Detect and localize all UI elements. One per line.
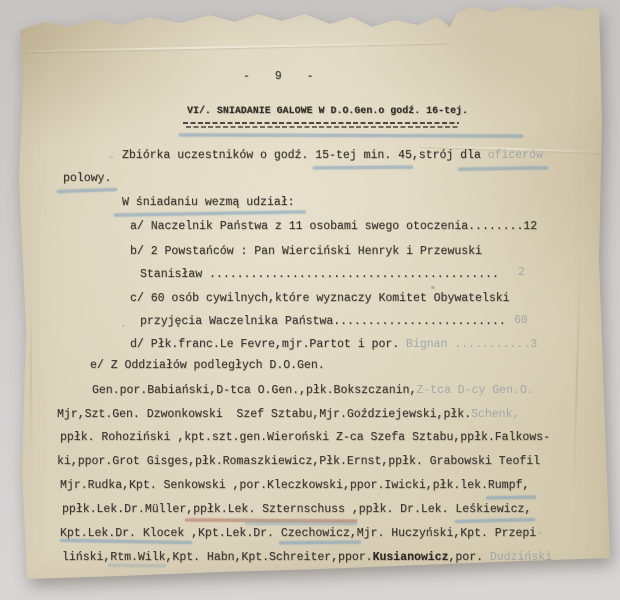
attendees-line-7: liński,Rtm.Wilk,Kpt. Habn,Kpt.Schreiter,… [62,551,552,565]
attendees-line-2: ppłk. Rohoziński ,kpt.szt.gen.Wieroński … [60,431,550,445]
attendees-line-7-bold: Kusianowicz [373,551,449,564]
pencil-underline-oficerow [458,166,548,171]
intro-line-1-faded: oficerów [488,149,543,162]
paper-sheet: - 9 - VI/. SNIADANIE GALOWE W D.O.Gen.o … [0,0,620,600]
attendees-line-0-faded: Z-tca D-cy Gen.O. [416,384,533,397]
list-item-b-line2: Stanisław ..............................… [140,268,499,282]
list-item-b-value: 2 [518,266,525,280]
paper: - 9 - VI/. SNIADANIE GALOWE W D.O.Gen.o … [0,0,620,600]
pencil-underline-polowy [57,188,117,193]
list-item-d: d/ Płk.franc.Le Fevre,mjr.Partot i por. … [130,338,537,352]
pencil-underline-wilk [108,564,166,568]
attendees-line-7-text2: ,por. [448,551,489,564]
list-item-c-line1: c/ 60 osób cywilnych,które wyznaczy Komi… [130,292,510,306]
list-item-e: e/ Z Oddziałów podległych D.O.Gen. [90,359,325,373]
stray-dash-mark: - [108,151,115,165]
list-item-a: a/ Naczelnik Państwa z 11 osobami swego … [130,220,537,234]
attendees-line-6-faded: - [536,527,543,540]
pencil-underline-rumpf [486,496,536,500]
stray-dot-mark: . [120,318,127,332]
title-underline-dashes [183,122,459,129]
attendees-line-7-text: liński,Rtm.Wilk,Kpt. Habn,Kpt.Schreiter,… [62,551,373,564]
paper-crease [20,41,450,52]
attendees-line-3: ki,ppor.Grot Gisges,płk.Romaszkiewicz,Pł… [57,455,540,469]
pencil-underline-leskiewicz [455,518,535,523]
list-item-c-value: 60 [514,314,528,328]
pencil-underline-title [179,133,523,137]
attendees-line-0: Gen.por.Babiański,D-tca O.Gen.,płk.Boksz… [92,384,534,398]
attendees-line-1-text: Mjr,Szt.Gen. Dzwonkowski Szef Sztabu,Mjr… [57,408,471,421]
attendees-line-6: Kpt.Lek.Dr. Klocek ,Kpt.Lek.Dr. Czechowi… [60,527,543,541]
intro-line-1: Zbiórka uczestników o godź. 15-tej min. … [122,149,543,163]
attendees-line-5: ppłk.Lek.Dr.Müller,ppłk.Lek. Szternschus… [62,503,531,517]
paper-crease [573,250,582,500]
attendees-line-1-faded: Schenk, [471,408,519,421]
list-item-d-faded: Bignan ...........3 [406,338,537,351]
attendees-line-4: Mjr.Rudka,Kpt. Senkowski ,por.Kleczkowsk… [60,479,529,493]
paper-crease [30,300,32,460]
list-item-d-text: d/ Płk.franc.Le Fevre,mjr.Partot i por. [130,338,406,351]
attendees-line-0-text: Gen.por.Babiański,D-tca O.Gen.,płk.Boksz… [92,384,416,397]
subheading: W śniadaniu wezmą udział: [122,196,295,210]
pencil-underline-subheading [114,210,306,216]
section-title: VI/. SNIADANIE GALOWE W D.O.Gen.o godź. … [187,104,468,118]
attendees-line-1: Mjr,Szt.Gen. Dzwonkowski Szef Sztabu,Mjr… [57,408,519,422]
attendees-line-7-faded: Dudziński [490,551,552,564]
list-item-c-line2: przyjęcia Waczelnika Państwa............… [140,315,506,329]
pencil-underline-time [313,166,413,170]
pencil-underline-szternschuss-blue [245,522,357,525]
pencil-underline-czechowicz [279,541,361,545]
page-number: - 9 - [243,70,323,84]
attendees-line-6-text: Kpt.Lek.Dr. Klocek ,Kpt.Lek.Dr. Czechowi… [60,527,536,540]
intro-line-1-text: Zbiórka uczestników o godź. 15-tej min. … [122,149,488,162]
ink-speck [431,286,435,289]
list-item-b-line1: b/ 2 Powstańców : Pan Wierciński Henryk … [130,245,482,259]
intro-line-2: polowy. [63,172,111,186]
